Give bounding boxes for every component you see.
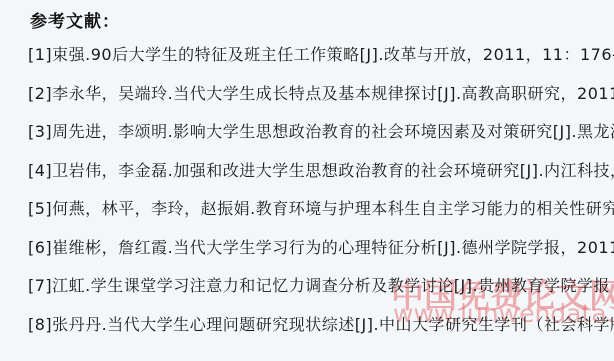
watermark-url: www.lunwendata.com	[393, 299, 614, 328]
reference-item-2: [2]李永华，吴端玲.当代大学生成长特点及基本规律探讨[J].高教高职研究，20…	[28, 84, 614, 103]
reference-item-1: [1]束强.90后大学生的特征及班主任工作策略[J].改革与开放，2011，11…	[28, 45, 614, 64]
reference-item-6: [6]崔维彬，詹红霞.当代大学生学习行为的心理特征分析[J].德州学院学报，20…	[28, 238, 614, 257]
reference-item-3: [3]周先进，李颂明.影响大学生思想政治教育的社会环境因素及对策研究[J].黑龙…	[28, 122, 614, 141]
references-heading: 参考文献：	[30, 7, 120, 32]
reference-item-5: [5]何燕，林平，李玲，赵振娟.教育环境与护理本科生自主学习能力的相关性研究[	[28, 199, 614, 218]
references-page: 中国免费论文网 www.lunwendata.com 参考文献： [1]束强.9…	[0, 0, 614, 361]
reference-item-4: [4]卫岩伟，李金磊.加强和改进大学生思想政治教育的社会环境研究[J].内江科技…	[28, 161, 614, 180]
